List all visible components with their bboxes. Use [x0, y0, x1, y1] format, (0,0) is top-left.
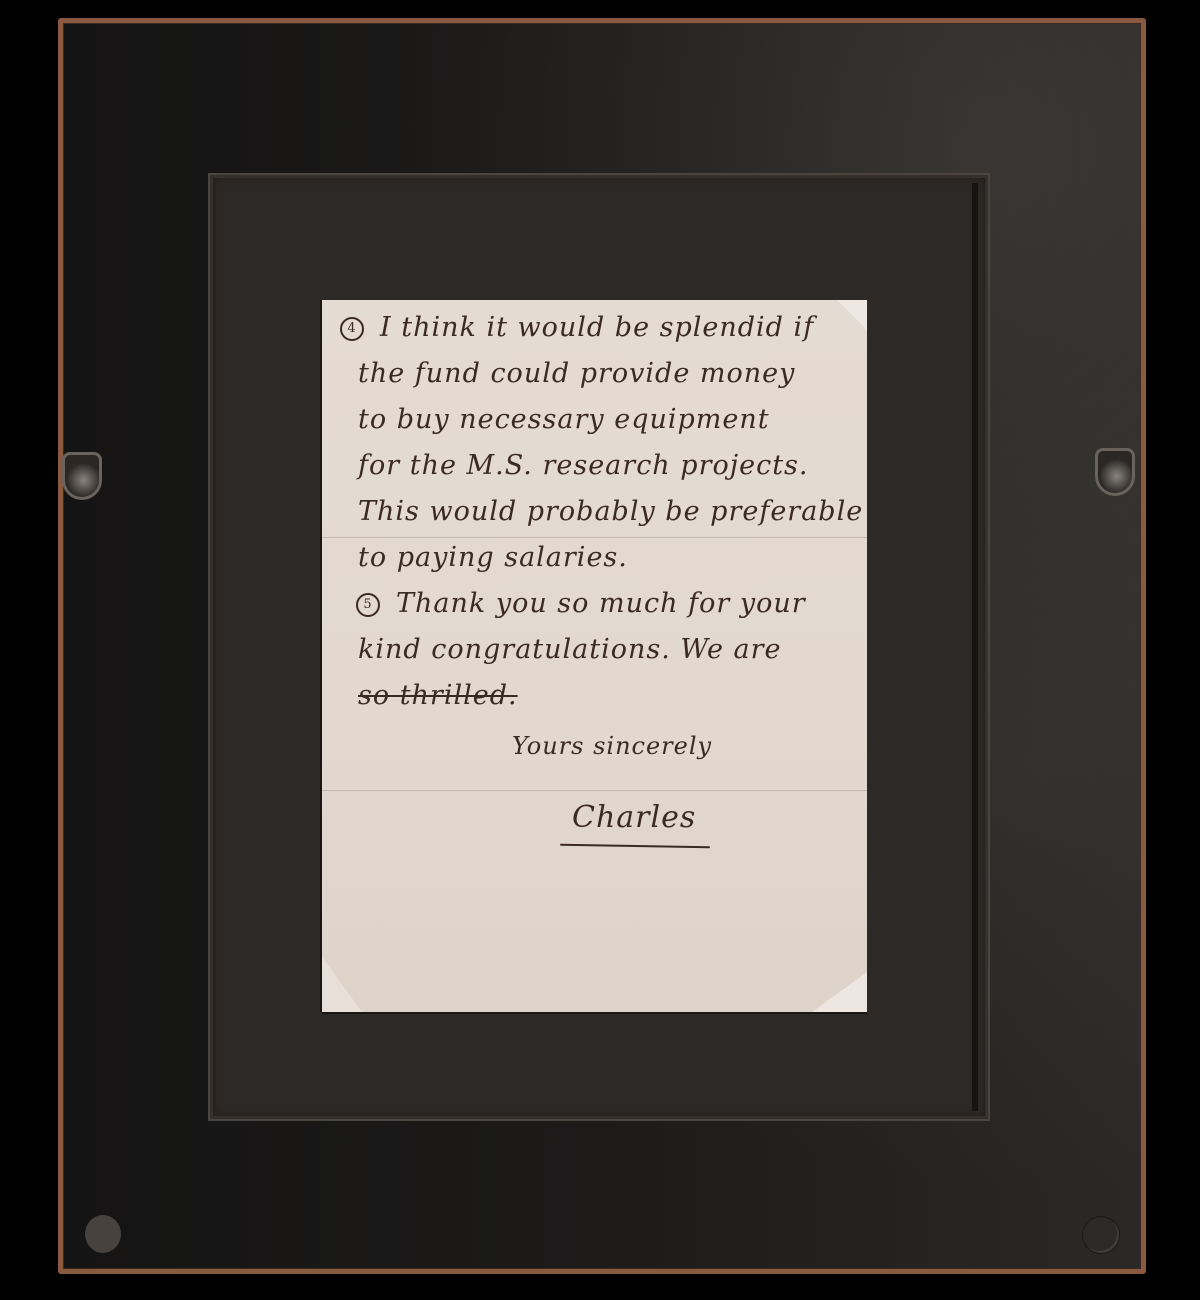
- letter-line: 4I think it would be splendid if: [340, 312, 814, 343]
- letter-line: to buy necessary equipment: [358, 404, 770, 435]
- letter-line: to paying salaries.: [358, 542, 628, 573]
- letter-line: 5Thank you so much for your: [356, 588, 806, 619]
- paper-corner-tab: [837, 300, 867, 330]
- paper-corner-tab: [812, 972, 867, 1012]
- left-hanger-icon: [62, 452, 102, 500]
- handwritten-letter: 4I think it would be splendid if the fun…: [322, 300, 867, 1012]
- letter-line-struck: so thrilled.: [358, 680, 518, 711]
- letter-signature: Charles: [572, 800, 696, 835]
- letter-closing: Yours sincerely: [512, 732, 712, 760]
- right-hanger-icon: [1095, 448, 1135, 496]
- felt-pad-bottom-left: [85, 1215, 121, 1253]
- rubber-bumper-bottom-right: [1083, 1217, 1119, 1253]
- letter-line: This would probably be preferable: [358, 496, 863, 527]
- mat-shadow-edge: [972, 183, 978, 1111]
- letter-line: kind congratulations. We are: [358, 634, 782, 665]
- item-number-badge: 4: [340, 317, 364, 341]
- letter-line: the fund could provide money: [358, 358, 795, 389]
- paper-fold-line: [322, 790, 867, 791]
- paper-corner-tab: [322, 957, 362, 1012]
- letter-line: for the M.S. research projects.: [358, 450, 809, 481]
- paper-fold-line: [322, 537, 867, 538]
- signature-underline: [560, 844, 710, 849]
- item-number-badge: 5: [356, 593, 380, 617]
